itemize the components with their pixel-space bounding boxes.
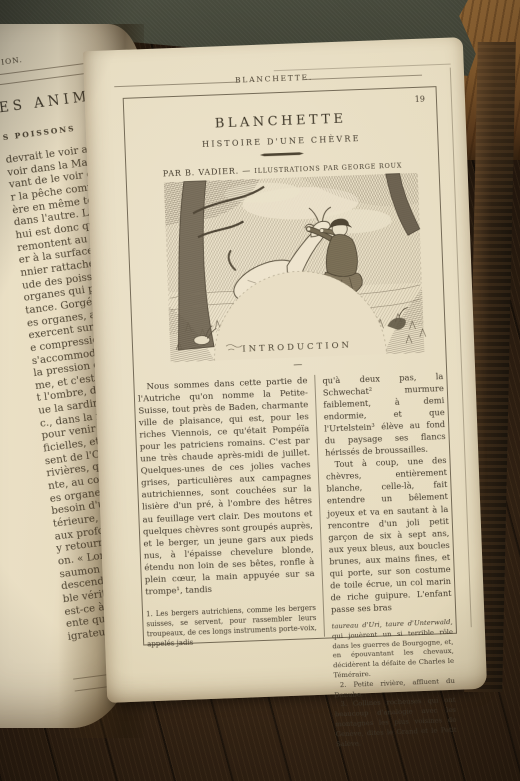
swelled-rule-ornament [260, 152, 304, 156]
chapter-subtitle: HISTOIRE D'UNE CHÈVRE [124, 131, 438, 152]
page-number: 19 [415, 95, 426, 104]
title-block: BLANCHETTE HISTOIRE D'UNE CHÈVRE PAR B. … [124, 108, 440, 179]
text-columns: Nous sommes dans cette partie de l'Autri… [137, 370, 453, 643]
footnotes-list: 2. Petite rivière, affluent du Danube.3.… [334, 677, 457, 750]
right-page-content: BLANCHETTE. 19 BLANCHETTE HISTOIRE D'UNE… [83, 37, 487, 703]
footnote-1-continuation: taureau d'Uri, taure d'Unterwald, qui jo… [332, 618, 455, 681]
footnote-1: 1. Les bergers autrichiens, comme les be… [146, 603, 317, 650]
paragraph: Tout à coup, une des chèvres, entièremen… [325, 454, 452, 615]
engraving-goat-and-child [150, 170, 439, 362]
paragraph: qu'à deux pas, la Schwechat² murmure fai… [322, 370, 446, 459]
paragraph: Nous sommes dans cette partie de l'Autri… [137, 375, 315, 598]
photo-of-open-book: TION. ES ANIMAUX S POISSONS devrait le v… [0, 0, 520, 781]
column-right: qu'à deux pas, la Schwechat² murmure fai… [315, 370, 453, 637]
introduction-illustration: INTRODUCTION — [150, 170, 439, 362]
footnotes-block: taureau d'Uri, taure d'Unterwald, qui jo… [332, 618, 458, 750]
byline-separator: — [239, 166, 255, 176]
column-left: Nous sommes dans cette partie de l'Autri… [137, 375, 324, 643]
right-page: BLANCHETTE. 19 BLANCHETTE HISTOIRE D'UNE… [83, 37, 487, 703]
footnote-continuation-text: qui jouèrent un si terrible rôle dans le… [332, 628, 454, 680]
footnote: 3. Collines rocheuses qui ont beaucoup d… [334, 696, 457, 749]
